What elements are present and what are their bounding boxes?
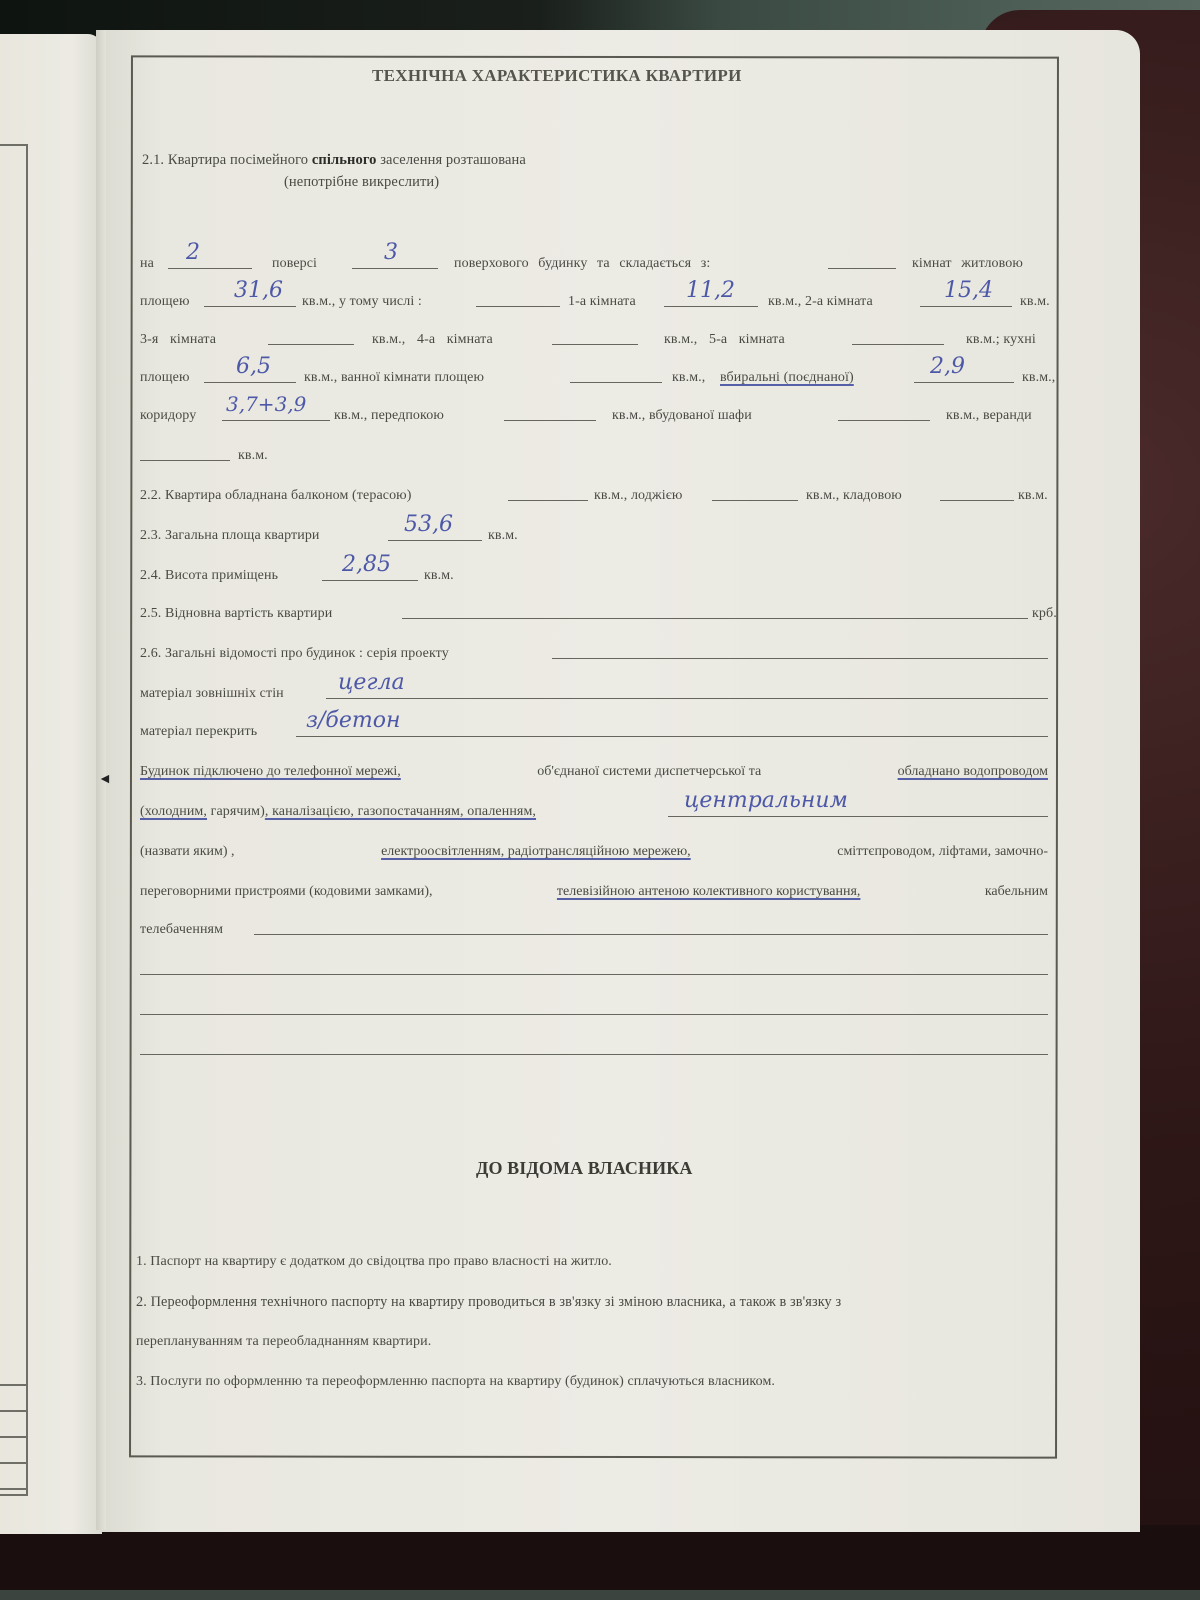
balcony-line[interactable] <box>508 500 588 501</box>
toilet-value[interactable]: 2,9 <box>930 354 965 379</box>
owner-notice-title: ДО ВІДОМА ВЛАСНИКА <box>476 1158 692 1179</box>
floor-value[interactable]: 2 <box>186 240 200 265</box>
corridor-line <box>222 420 330 421</box>
label-bathroom: кв.м., ванної кімнати площею <box>304 370 484 386</box>
amenities-line-5: телебаченням <box>140 922 223 938</box>
heating-value[interactable]: центральним <box>684 788 848 813</box>
cable-tv-line[interactable] <box>254 934 1048 935</box>
room5-line[interactable] <box>852 344 944 345</box>
blank-line-2[interactable] <box>140 1014 1048 1015</box>
label-loggia: кв.м., лоджією <box>594 488 682 504</box>
restoration-cost-line[interactable] <box>402 618 1028 619</box>
label-room4: кв.м., 4-а кімната <box>372 332 493 348</box>
label-unit: кв.м. <box>1020 294 1050 310</box>
amenities-line-4: переговорними пристроями (кодовими замка… <box>140 884 1048 900</box>
text: Будинок підключено до телефонної мережі, <box>140 764 401 780</box>
text: кабельним <box>985 884 1048 900</box>
room2-line <box>920 306 1012 307</box>
text: заселення розташована <box>380 152 526 168</box>
label-corridor: коридору <box>140 408 196 424</box>
kitchen-value[interactable]: 6,5 <box>236 354 271 379</box>
label-room2: кв.м., 2-а кімната <box>768 294 873 310</box>
label-na: на <box>140 256 154 272</box>
total-area-line <box>388 540 482 541</box>
ceiling-height-line <box>322 580 418 581</box>
storeys-value[interactable]: 3 <box>384 240 398 265</box>
text: сміттєпроводом, ліфтами, замочно- <box>837 844 1048 860</box>
label-unit: кв.м. <box>488 528 518 544</box>
label-wall-material: матеріал зовнішніх стін <box>140 686 284 702</box>
label-area: площею <box>140 294 190 310</box>
room1-line <box>664 306 758 307</box>
text: електроосвітленням, радіотрансляційною м… <box>381 844 691 860</box>
text: об'єднаної системи диспетчерської та <box>537 764 761 780</box>
text: гарячим) <box>211 804 265 819</box>
ceiling-height-value[interactable]: 2,85 <box>342 552 391 577</box>
blank-line-1[interactable] <box>140 974 1048 975</box>
text: телевізійною антеною колективного корист… <box>557 884 861 900</box>
label-room1: 1-а кімната <box>568 294 636 310</box>
label-unit: кв.м., <box>1022 370 1055 386</box>
blank-line-3[interactable] <box>140 1054 1048 1055</box>
room1-value[interactable]: 11,2 <box>686 278 735 303</box>
text: 2.1. Квартира посімейного <box>142 152 308 168</box>
including-line[interactable] <box>476 306 560 307</box>
amenities-line-1: Будинок підключено до телефонної мережі,… <box>140 764 1048 780</box>
label-building: поверхового будинку та складається з: <box>454 256 710 272</box>
living-area-line <box>204 306 296 307</box>
label-floor-material: матеріал перекрить <box>140 724 257 740</box>
owner-notice-item-2: 2. Переоформлення технічного паспорту на… <box>136 1294 841 1311</box>
room4-line[interactable] <box>552 344 638 345</box>
floor-material-line <box>296 736 1048 737</box>
floor-material-value[interactable]: з/бетон <box>306 708 400 733</box>
project-series-line[interactable] <box>552 658 1048 659</box>
owner-notice-item-2-cont: переплануванням та переобладнанням кварт… <box>136 1334 431 1350</box>
room3-line[interactable] <box>268 344 354 345</box>
label-pantry: кв.м., кладовою <box>806 488 902 504</box>
hallway-line[interactable] <box>504 420 596 421</box>
label-kitchen: кв.м.; кухні <box>966 332 1036 348</box>
owner-notice-item-3: 3. Послуги по оформленню та переоформлен… <box>136 1374 775 1390</box>
label-unit: кв.м. <box>1018 488 1048 504</box>
section-2-1-note: (непотрібне викреслити) <box>284 174 439 191</box>
struck-word: спільного <box>312 152 377 168</box>
label-including: кв.м., у тому числі : <box>302 294 422 310</box>
storeys-field-line <box>352 268 438 269</box>
label-toilet: вбиральні (поєднаної) <box>720 370 854 386</box>
loggia-line[interactable] <box>712 500 798 501</box>
owner-notice-item-1: 1. Паспорт на квартиру є додатком до сві… <box>136 1254 612 1270</box>
text: (назвати яким) , <box>140 844 235 860</box>
total-area-value[interactable]: 53,6 <box>404 512 453 537</box>
text: переговорними пристроями (кодовими замка… <box>140 884 433 900</box>
veranda-line[interactable] <box>140 460 230 461</box>
label-unit: кв.м. <box>424 568 454 584</box>
label-unit: кв.м., <box>672 370 705 386</box>
label-hallway: кв.м., передпокою <box>334 408 444 424</box>
label-currency: крб. <box>1032 606 1057 622</box>
floor-field-line <box>168 268 252 269</box>
label-room5: кв.м., 5-а кімната <box>664 332 785 348</box>
label-veranda: кв.м., веранди <box>946 408 1032 424</box>
label-closet: кв.м., вбудованої шафи <box>612 408 752 424</box>
label-total-area: 2.3. Загальна площа квартири <box>140 528 320 544</box>
bathroom-line[interactable] <box>570 382 662 383</box>
amenities-line-2: (холодним, гарячим), каналізацією, газоп… <box>140 804 536 820</box>
section-2-1-heading: 2.1. Квартира посімейного спільного засе… <box>142 152 526 169</box>
label-poversi: поверсі <box>272 256 317 272</box>
text: , каналізацією, газопостачанням, опаленн… <box>265 804 536 819</box>
label-unit: кв.м. <box>238 448 268 464</box>
living-area-value[interactable]: 31,6 <box>234 278 283 303</box>
toilet-line <box>914 382 1014 383</box>
text: (холодним, <box>140 804 207 819</box>
text: обладнано водопроводом <box>898 764 1048 780</box>
label-area: площею <box>140 370 190 386</box>
label-living-rooms: кімнат житловою <box>912 256 1023 272</box>
corridor-value[interactable]: 3,7+3,9 <box>226 392 306 416</box>
label-building-info: 2.6. Загальні відомості про будинок : се… <box>140 646 449 662</box>
page-title: ТЕХНІЧНА ХАРАКТЕРИСТИКА КВАРТИРИ <box>372 66 742 86</box>
label-room3: 3-я кімната <box>140 332 216 348</box>
room2-value[interactable]: 15,4 <box>944 278 993 303</box>
kitchen-line <box>204 382 296 383</box>
wall-material-line <box>326 698 1048 699</box>
pantry-line[interactable] <box>940 500 1014 501</box>
label-ceiling-height: 2.4. Висота приміщень <box>140 568 278 584</box>
wall-material-value[interactable]: цегла <box>338 670 405 695</box>
document: ТЕХНІЧНА ХАРАКТЕРИСТИКА КВАРТИРИ 2.1. Кв… <box>0 0 1200 1600</box>
label-balcony: 2.2. Квартира обладнана балконом (терасо… <box>140 488 412 504</box>
heating-line <box>668 816 1048 817</box>
rooms-field-line[interactable] <box>828 268 896 269</box>
closet-line[interactable] <box>838 420 930 421</box>
amenities-line-3: (назвати яким) , електроосвітленням, рад… <box>140 844 1048 860</box>
label-restoration-cost: 2.5. Відновна вартість квартири <box>140 606 332 622</box>
